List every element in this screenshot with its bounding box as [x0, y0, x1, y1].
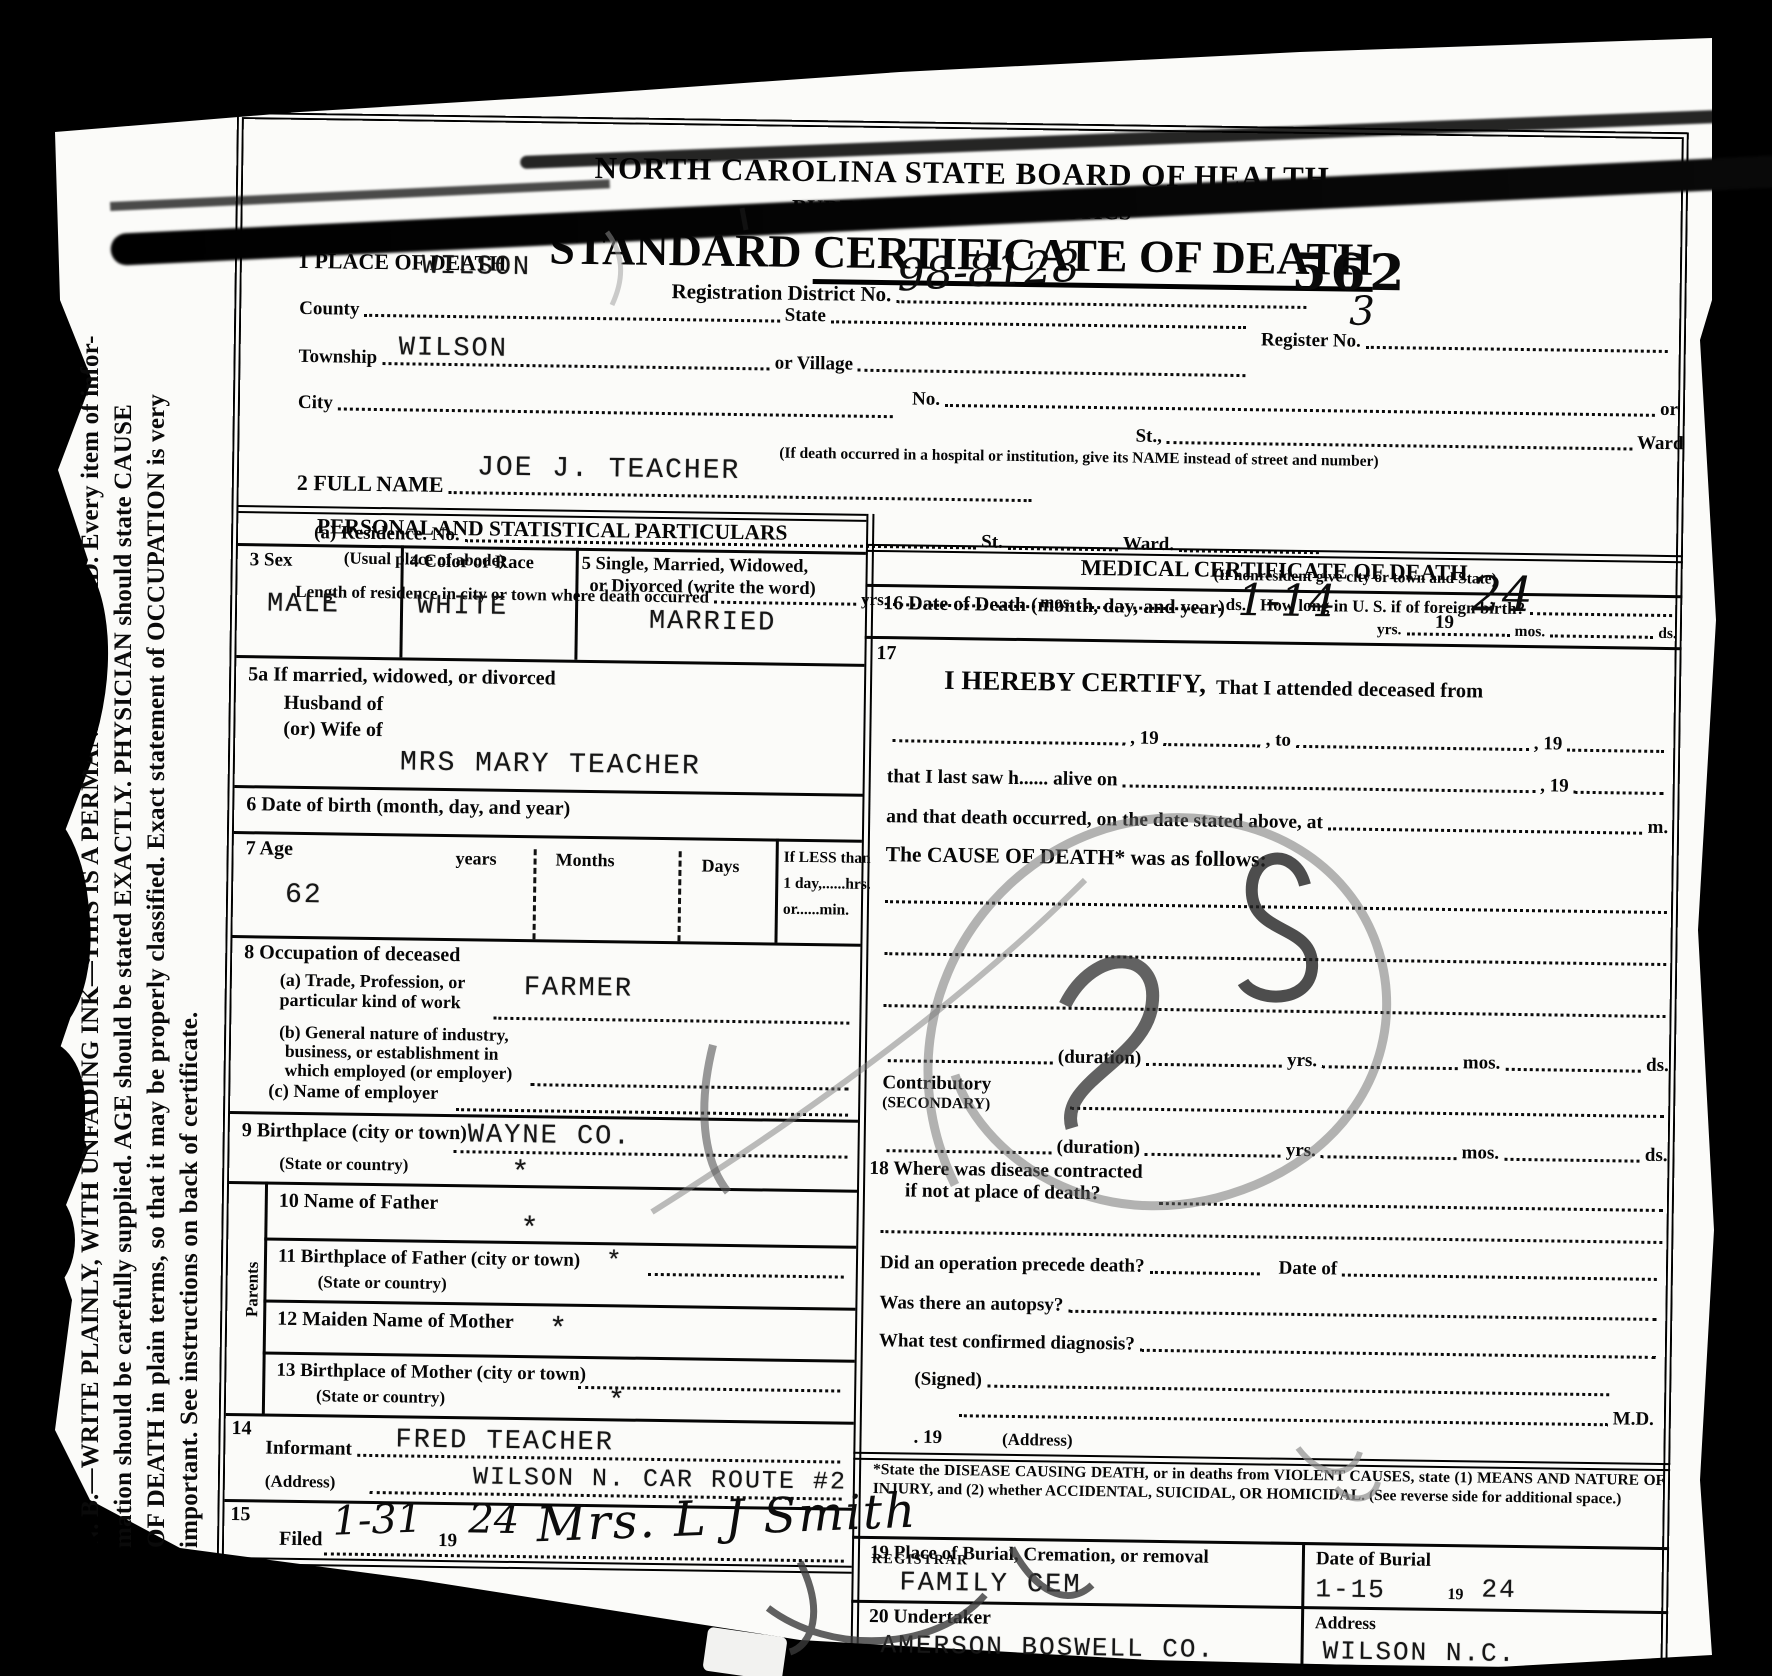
township-label: Township: [298, 346, 377, 369]
or-village-label: or Village: [775, 353, 854, 376]
rule: [226, 1413, 854, 1425]
no-label: No.: [912, 388, 940, 410]
state-country-sublabel: (State or country): [318, 1272, 447, 1294]
dotted-leader: [888, 1057, 1053, 1064]
dotted-leader: [831, 318, 1246, 329]
dotted-leader: [1122, 782, 1535, 793]
mother-name-label: 12 Maiden Name of Mother: [277, 1308, 514, 1334]
dotted-leader: [1342, 1272, 1657, 1281]
age-label: 7 Age: [246, 837, 294, 861]
county-label: County: [299, 298, 359, 321]
informant-label: Informant: [265, 1438, 352, 1461]
burial-year-value: 24: [1481, 1575, 1517, 1605]
dotted-leader: [1366, 344, 1668, 353]
margin-instructions: N. B.—WRITE PLAINLY, WITH UNFADING INK—T…: [74, 116, 206, 1548]
marital-label: 5 Single, Married, Widowed,: [582, 554, 809, 578]
dotted-leader: [530, 1081, 848, 1090]
dotted-leader: [1567, 747, 1664, 753]
father-birthplace-label: 11 Birthplace of Father (city or town): [278, 1246, 580, 1272]
address-19-line: . 19 (Address): [913, 1427, 1072, 1451]
ds-label: ds.: [1658, 625, 1677, 643]
birthplace-label: 9 Birthplace (city or town): [242, 1119, 467, 1145]
certificate-form: NORTH CAROLINA STATE BOARD OF HEALTH BUR…: [215, 112, 1688, 1672]
dotted-leader: [1328, 825, 1643, 834]
asterisk-mark: *: [549, 1313, 569, 1347]
dotted-leader: [448, 489, 1031, 502]
autopsy-label: Was there an autopsy?: [879, 1292, 1063, 1317]
dotted-leader: [885, 898, 1667, 914]
md-line: M.D.: [954, 1399, 1654, 1431]
secondary-label: (SECONDARY): [882, 1094, 990, 1114]
dotted-leader: [1164, 741, 1261, 747]
burial-date-value: 1-15: [1315, 1574, 1386, 1605]
last-saw-line: that I last saw h...... alive on , 19: [887, 766, 1669, 799]
filed-number: 15: [230, 1503, 250, 1526]
state-country-sublabel: (State or country): [279, 1154, 408, 1176]
st-label: St.,: [1135, 426, 1162, 448]
test-line: What test confirmed diagnosis?: [879, 1330, 1661, 1363]
death-occurred-line: and that death occurred, on the date sta…: [886, 806, 1668, 839]
operation-line: Did an operation precede death? Date of: [880, 1252, 1662, 1285]
burial-date-label: Date of Burial: [1316, 1548, 1431, 1572]
date-of-death-label: 16 Date of Death (month, day, and year): [883, 592, 1225, 620]
mother-birthplace-label: 13 Birthplace of Mother (city or town): [276, 1360, 586, 1386]
last-saw-label: that I last saw h...... alive on: [887, 766, 1118, 791]
signed-line: (Signed): [914, 1369, 1614, 1401]
dotted-leader: [1167, 439, 1632, 450]
certify-line: I HEREBY CERTIFY, That I attended deceas…: [944, 665, 1484, 704]
margin-line: OF DEATH in plain terms, so that it may …: [140, 116, 173, 1548]
rule: [677, 851, 681, 941]
dotted-leader: [1296, 743, 1529, 751]
dotted-leader: [1068, 1308, 1656, 1321]
dotted-leader: [1070, 1105, 1664, 1118]
duration-label: (duration): [1056, 1137, 1140, 1160]
dotted-leader: [364, 312, 779, 323]
age-months-label: Months: [555, 850, 614, 872]
register-no-value: 3: [1349, 289, 1375, 335]
contributory-label: Contributory: [882, 1072, 991, 1096]
md-label: M.D.: [1613, 1408, 1654, 1431]
mos-label: mos.: [1461, 1142, 1499, 1165]
dotted-leader: [1530, 610, 1672, 617]
meridiem-label: m.: [1647, 817, 1668, 839]
spouse-label: Husband of: [284, 692, 384, 716]
date-of-death-year-printed: 19: [1435, 612, 1454, 634]
register-no-row: Register No.: [1261, 329, 1673, 357]
full-name-value: JOE J. TEACHER: [477, 452, 741, 487]
duration-line: (duration) yrs. mos. ds.: [883, 1044, 1669, 1077]
dotted-leader: [959, 1412, 1608, 1426]
township-value: WILSON: [399, 333, 509, 365]
signed-label: (Signed): [914, 1369, 982, 1392]
rule: [774, 839, 778, 943]
state-label: State: [785, 305, 826, 328]
dotted-leader: [1322, 1063, 1458, 1070]
dotted-leader: [1505, 1066, 1641, 1073]
occupation-a-label: particular kind of work: [279, 990, 460, 1014]
mos-label: mos.: [1514, 623, 1545, 641]
register-no-label: Register No.: [1261, 329, 1361, 352]
age-less-label: or......min.: [783, 901, 849, 920]
burial-place-value: FAMILY CEM: [899, 1568, 1081, 1601]
item-17-number: 17: [876, 642, 896, 665]
yrs-label: yrs.: [1287, 1050, 1317, 1072]
yrs-label: yrs.: [1377, 621, 1402, 639]
margin-line: N. B.—WRITE PLAINLY, WITH UNFADING INK—T…: [74, 116, 107, 1548]
or-label: or: [1660, 399, 1678, 421]
dotted-leader: [1146, 1061, 1282, 1068]
dotted-leader: [858, 367, 1246, 377]
to-label: , to: [1266, 729, 1292, 751]
occupation-a-value: FARMER: [524, 973, 634, 1005]
rule: [262, 1181, 268, 1413]
certify-label: That I attended deceased from: [1216, 677, 1484, 704]
yrs-label: yrs.: [1286, 1140, 1316, 1162]
county-value: WILSON: [422, 252, 532, 284]
autopsy-line: Was there an autopsy?: [879, 1292, 1661, 1325]
filed-label: Filed: [279, 1528, 323, 1552]
dotted-leader: [884, 1002, 1666, 1018]
parents-side-label: Parents: [242, 1224, 264, 1354]
full-name-label: 2 FULL NAME: [297, 470, 444, 498]
dotted-leader: [714, 599, 856, 606]
hospital-no-row: No. or: [912, 388, 1678, 421]
informant-address-label: (Address): [265, 1472, 336, 1493]
race-label: 4 Color or Race: [410, 551, 534, 574]
dotted-leader: [1574, 789, 1664, 795]
undertaker-address-label: Address: [1315, 1612, 1376, 1634]
spouse-label: 5a If married, widowed, or divorced: [248, 663, 556, 690]
ds-label: ds.: [1646, 1055, 1669, 1077]
duration-label: (duration): [1058, 1047, 1142, 1070]
rule: [532, 849, 536, 939]
undertaker-label: 20 Undertaker: [869, 1606, 991, 1630]
father-name-label: 10 Name of Father: [279, 1190, 439, 1215]
scanned-death-certificate: N. B.—WRITE PLAINLY, WITH UNFADING INK—T…: [0, 0, 1772, 1676]
informant-number: 14: [231, 1417, 251, 1440]
dotted-leader: [1159, 1200, 1663, 1212]
margin-line: important. See instructions on back of c…: [173, 116, 206, 1548]
dotted-leader: [887, 1147, 1052, 1154]
dotted-leader: [1504, 1156, 1640, 1163]
dotted-leader: [1145, 1151, 1281, 1158]
year-19-label: , 19: [1534, 733, 1563, 755]
filed-year-value: 24: [468, 1496, 520, 1543]
rule: [850, 1658, 1667, 1676]
physician-address-label: (Address): [1002, 1430, 1073, 1451]
date-of-label: Date of: [1278, 1258, 1337, 1281]
dotted-leader: [945, 402, 1655, 417]
margin-line: mation should be carefully supplied. AGE…: [107, 116, 140, 1548]
age-less-label: 1 day,......hrs.: [783, 875, 871, 894]
certify-label-bold: I HEREBY CERTIFY,: [944, 665, 1206, 700]
mos-label: mos.: [1463, 1052, 1501, 1075]
dotted-leader: [880, 1228, 1662, 1244]
parents-side-label-text: Parents: [242, 1261, 262, 1317]
registration-district-value: 98-8128: [896, 240, 1081, 301]
occupation-c-label: (c) Name of employer: [268, 1082, 438, 1105]
torn-edge-blob: [0, 1040, 85, 1200]
city-row: City: [298, 392, 898, 422]
operation-label: Did an operation precede death?: [880, 1252, 1145, 1278]
ward-label: Ward: [1637, 433, 1684, 456]
occupation-b-label: which employed (or employer): [284, 1060, 512, 1084]
dotted-leader: [648, 1271, 844, 1279]
year-19-label: , 19: [1540, 775, 1569, 797]
city-label: City: [298, 392, 333, 414]
informant-value: FRED TEACHER: [395, 1425, 614, 1458]
dotted-leader: [1406, 630, 1509, 636]
cause-of-death-label: The CAUSE OF DEATH* was as follows:: [886, 842, 1267, 872]
dotted-leader: [1550, 632, 1653, 638]
rule: [234, 831, 862, 843]
dob-label: 6 Date of birth (month, day, and year): [246, 793, 570, 821]
dotted-leader: [493, 1015, 849, 1025]
attended-dates-line: , 19 , to , 19: [887, 724, 1669, 757]
torn-edge-blob: [0, 1180, 75, 1300]
state-country-sublabel: (State or country): [316, 1386, 445, 1408]
spouse-value: MRS MARY TEACHER: [400, 747, 701, 782]
age-value: 62: [285, 880, 323, 912]
race-value: WHITE: [417, 592, 508, 623]
age-less-label: If LESS than: [784, 849, 871, 868]
dotted-leader: [1149, 1269, 1259, 1276]
spouse-label: (or) Wife of: [283, 718, 383, 742]
year-19-label: , 19: [1130, 728, 1159, 750]
asterisk-mark: *: [608, 1386, 627, 1417]
dotted-leader: [884, 950, 1666, 966]
dotted-leader: [892, 737, 1125, 745]
date-of-death-value: 1-14: [1237, 575, 1337, 627]
death-occurred-label: and that death occurred, on the date sta…: [886, 806, 1323, 834]
dotted-leader: [1321, 1153, 1457, 1160]
filed-year-printed: 19: [438, 1530, 457, 1552]
dotted-leader: [1140, 1347, 1656, 1359]
sex-label: 3 Sex: [250, 549, 293, 572]
dotted-leader: [987, 1383, 1609, 1397]
marital-label: or Divorced (write the word): [589, 576, 816, 600]
sex-value: MALE: [267, 589, 340, 620]
disease-contracted-label: if not at place of death?: [905, 1180, 1101, 1205]
asterisk-mark: *: [606, 1246, 624, 1276]
date-of-death-year-value: 24: [1471, 566, 1533, 623]
burial-place-label: 19 Place of Burial, Cremation, or remova…: [870, 1542, 1209, 1569]
dotted-leader: [338, 405, 893, 418]
filed-date-value: 1-31: [332, 1495, 424, 1544]
year-19-label: . 19: [913, 1427, 942, 1449]
marital-value: MARRIED: [649, 607, 777, 639]
age-days-label: Days: [701, 856, 739, 878]
ds-label: ds.: [1645, 1145, 1668, 1167]
age-years-label: years: [455, 848, 496, 870]
diagnosis-test-label: What test confirmed diagnosis?: [879, 1330, 1135, 1356]
length-units-row: yrs. mos. ds.: [1377, 621, 1677, 643]
burial-year-printed: 19: [1447, 1586, 1463, 1604]
occupation-label: 8 Occupation of deceased: [244, 941, 460, 967]
